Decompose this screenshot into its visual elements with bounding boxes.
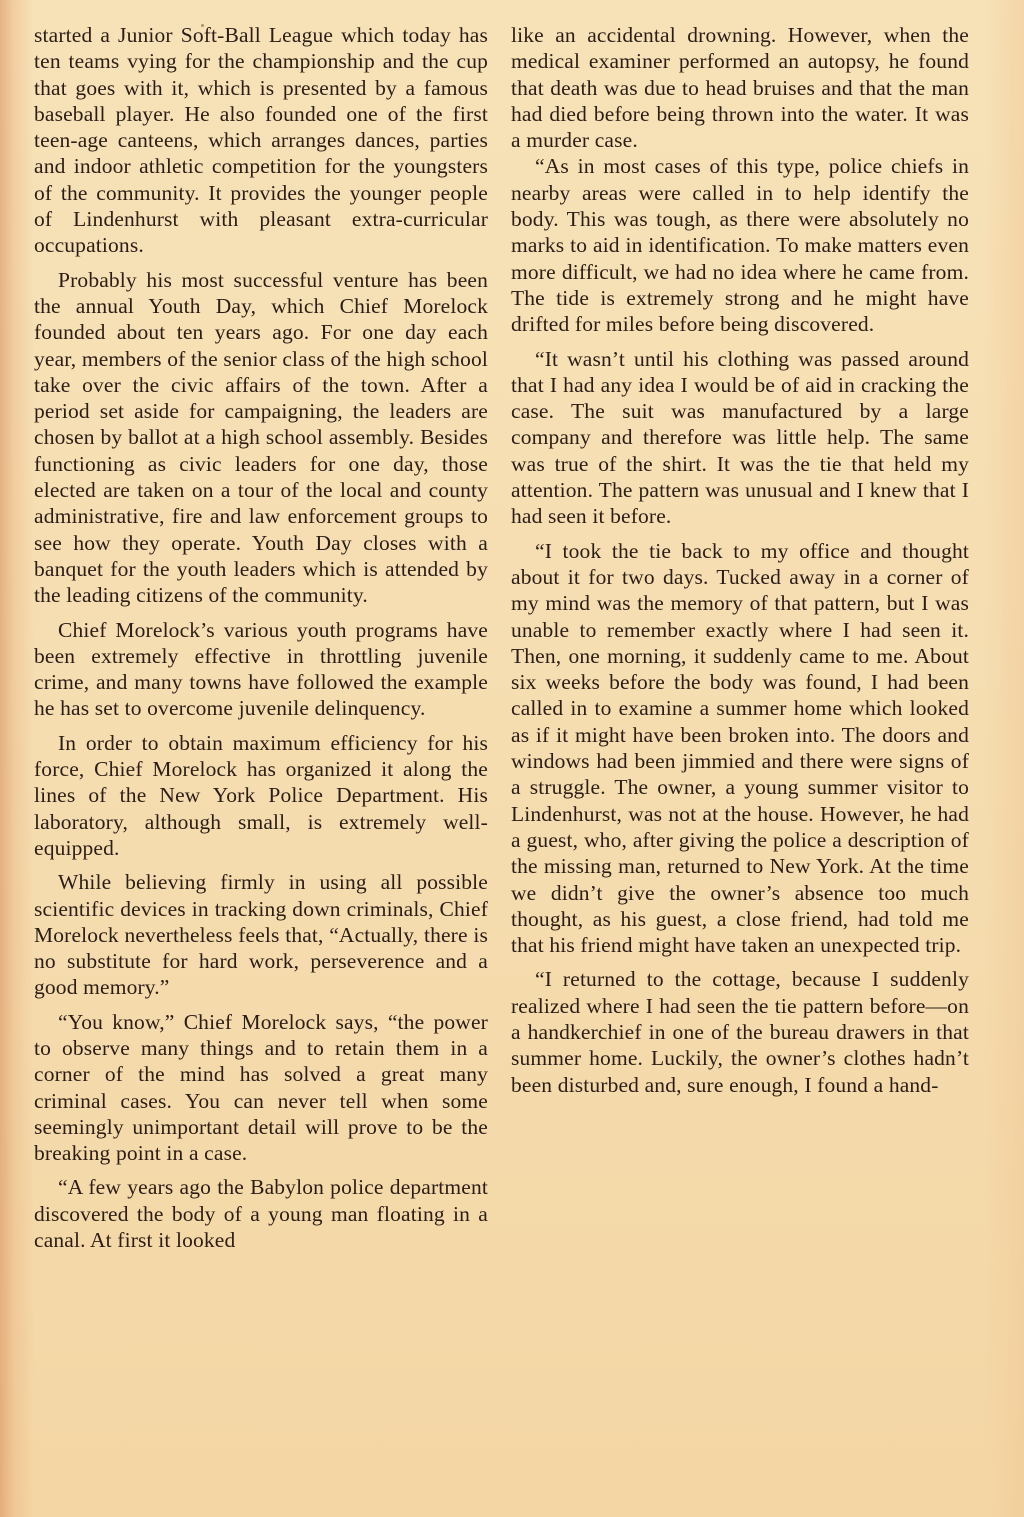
- paragraph: “I took the tie back to my office and th…: [511, 538, 969, 959]
- paragraph: In order to obtain maximum efficiency fo…: [34, 730, 488, 861]
- paragraph: started a Junior Soft-Ball League which …: [34, 22, 488, 259]
- paragraph: While believing firmly in using all poss…: [34, 869, 488, 1000]
- paragraph: like an accidental drowning. However, wh…: [511, 22, 969, 153]
- paragraph: “I returned to the cottage, because I su…: [511, 966, 969, 1097]
- magazine-page: started a Junior Soft-Ball League which …: [0, 0, 1024, 1517]
- paragraph: “A few years ago the Babylon police depa…: [34, 1174, 488, 1253]
- paragraph: Probably his most successful venture has…: [34, 267, 488, 609]
- left-column: started a Junior Soft-Ball League which …: [34, 22, 488, 1261]
- paragraph: “It wasn’t until his clothing was passed…: [511, 346, 969, 530]
- right-column: like an accidental drowning. However, wh…: [511, 22, 969, 1106]
- paragraph: Chief Morelock’s various youth programs …: [34, 617, 488, 722]
- paragraph: “You know,” Chief Morelock says, “the po…: [34, 1009, 488, 1167]
- paragraph: “As in most cases of this type, police c…: [511, 153, 969, 337]
